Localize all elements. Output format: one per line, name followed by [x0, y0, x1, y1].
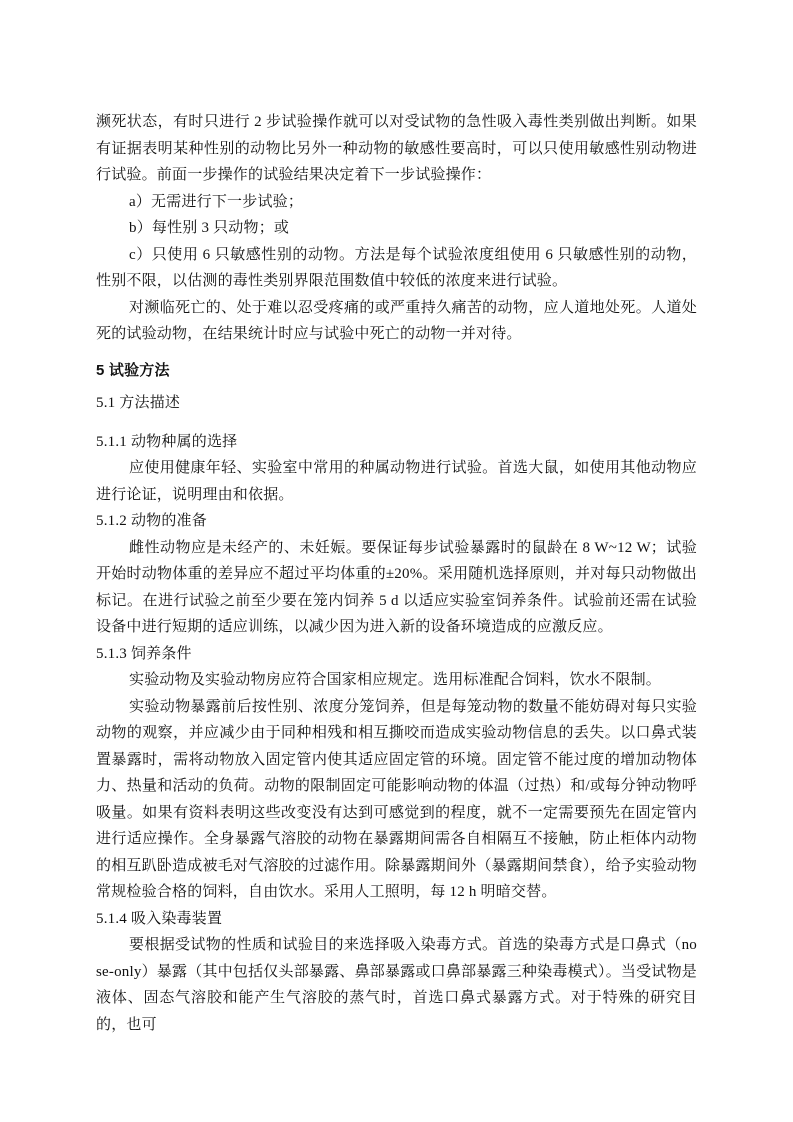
section-heading-5: 5 试验方法: [96, 358, 697, 385]
page-text-content: 濒死状态，有时只进行 2 步试验操作就可以对受试物的急性吸入毒性类别做出判断。如…: [96, 109, 697, 1038]
subsection-heading-5-1-3: 5.1.3 饲养条件: [96, 641, 697, 668]
paragraph-inhalation-apparatus: 要根据受试物的性质和试验目的来选择吸入染毒方式。首选的染毒方式是口鼻式（nose…: [96, 932, 697, 1038]
document-page: 濒死状态，有时只进行 2 步试验操作就可以对受试物的急性吸入毒性类别做出判断。如…: [0, 0, 793, 1122]
paragraph-housing-regulations: 实验动物及实验动物房应符合国家相应规定。选用标准配合饲料，饮水不限制。: [96, 667, 697, 694]
list-item-b: b）每性别 3 只动物；或: [96, 215, 697, 242]
paragraph-humane-kill: 对濒临死亡的、处于难以忍受疼痛的或严重持久痛苦的动物，应人道地处死。人道处死的试…: [96, 295, 697, 348]
paragraph-species-selection: 应使用健康年轻、实验室中常用的种属动物进行试验。首选大鼠，如使用其他动物应进行论…: [96, 455, 697, 508]
list-item-a: a）无需进行下一步试验；: [96, 189, 697, 216]
subsection-heading-5-1-2: 5.1.2 动物的准备: [96, 508, 697, 535]
subsection-heading-5-1: 5.1 方法描述: [96, 390, 697, 417]
list-item-c: c）只使用 6 只敏感性别的动物。方法是每个试验浓度组使用 6 只敏感性别的动物…: [96, 242, 697, 295]
paragraph-animal-preparation: 雌性动物应是未经产的、未妊娠。要保证每步试验暴露时的鼠龄在 8 W~12 W；试…: [96, 535, 697, 641]
paragraph-housing-details: 实验动物暴露前后按性别、浓度分笼饲养，但是每笼动物的数量不能妨碍对每只实验动物的…: [96, 694, 697, 906]
subsection-heading-5-1-1: 5.1.1 动物种属的选择: [96, 429, 697, 456]
paragraph-continuation: 濒死状态，有时只进行 2 步试验操作就可以对受试物的急性吸入毒性类别做出判断。如…: [96, 109, 697, 189]
subsection-heading-5-1-4: 5.1.4 吸入染毒装置: [96, 906, 697, 933]
